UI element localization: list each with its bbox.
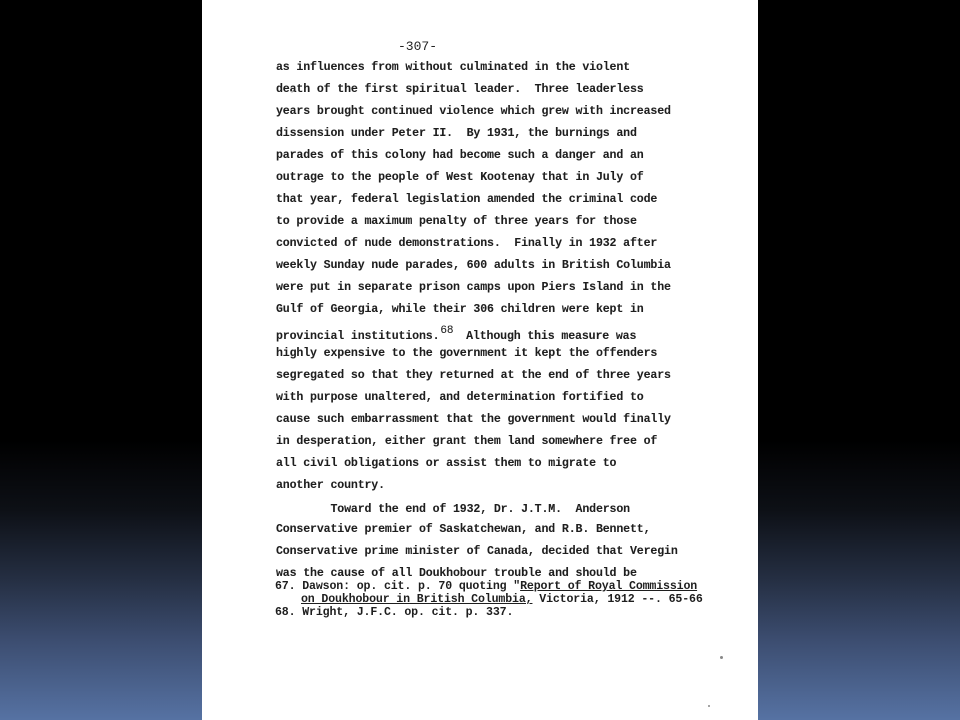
text-line: convicted of nude demonstrations. Finall… xyxy=(276,237,657,250)
page-number: -307- xyxy=(398,39,437,54)
text-line: dissension under Peter II. By 1931, the … xyxy=(276,127,637,140)
footnote-67-continuation: on Doukhobour in British Columbia, Victo… xyxy=(301,593,703,606)
text-line: were put in separate prison camps upon P… xyxy=(276,281,671,294)
text-line: was the cause of all Doukhobour trouble … xyxy=(276,567,637,580)
scan-speck xyxy=(708,705,710,707)
text-line: Conservative premier of Saskatchewan, an… xyxy=(276,523,650,536)
text-line: outrage to the people of West Kootenay t… xyxy=(276,171,644,184)
text-line: segregated so that they returned at the … xyxy=(276,369,671,382)
text-line: parades of this colony had become such a… xyxy=(276,149,644,162)
footnote-reference: 68 xyxy=(440,325,453,337)
text-line: highly expensive to the government it ke… xyxy=(276,347,657,360)
text-line: Gulf of Georgia, while their 306 childre… xyxy=(276,303,644,316)
text-line: provincial institutions.68 Although this… xyxy=(276,325,636,343)
text-line: death of the first spiritual leader. Thr… xyxy=(276,83,644,96)
footnote-67: 67. Dawson: op. cit. p. 70 quoting "Repo… xyxy=(275,580,697,593)
text-line: with purpose unaltered, and determinatio… xyxy=(276,391,644,404)
text-line: Conservative prime minister of Canada, d… xyxy=(276,545,678,558)
text-line: in desperation, either grant them land s… xyxy=(276,435,657,448)
text-line: cause such embarrassment that the govern… xyxy=(276,413,671,426)
scan-speck xyxy=(291,91,293,93)
text-line: another country. xyxy=(276,479,385,492)
text-line: that year, federal legislation amended t… xyxy=(276,193,657,206)
footnote-68: 68. Wright, J.F.C. op. cit. p. 337. xyxy=(275,606,513,619)
text-line: years brought continued violence which g… xyxy=(276,105,671,118)
document-page: -307- as influences from without culmina… xyxy=(202,0,758,720)
scan-speck xyxy=(720,656,723,659)
text-line: all civil obligations or assist them to … xyxy=(276,457,616,470)
text-line: to provide a maximum penalty of three ye… xyxy=(276,215,637,228)
text-line: weekly Sunday nude parades, 600 adults i… xyxy=(276,259,671,272)
text-line: Toward the end of 1932, Dr. J.T.M. Ander… xyxy=(276,503,630,516)
text-line: as influences from without culminated in… xyxy=(276,61,630,74)
footnote-title-underlined: Report of Royal Commission xyxy=(520,580,697,593)
